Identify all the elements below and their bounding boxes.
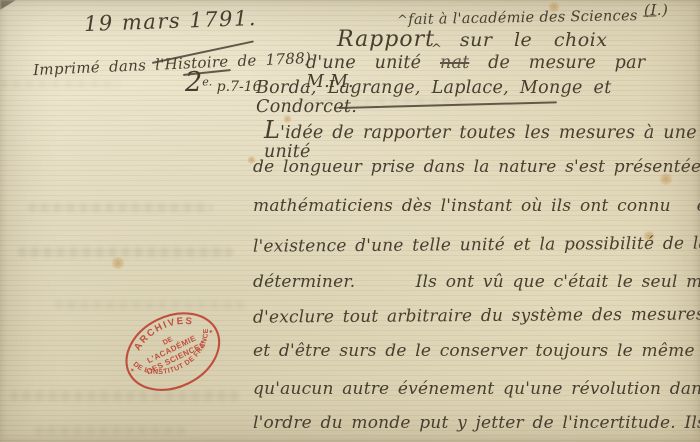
body-line: l'existence d'une telle unité et la poss… [253, 234, 700, 256]
drop-capital: L [264, 116, 280, 144]
body-line: mathématiciens dès l'instant où ils ont … [253, 197, 700, 216]
authors-line: Borda, Lagrange, Laplace, Monge et Condo… [256, 79, 700, 118]
title-line: Rapport^sur le choix [337, 28, 607, 52]
title2-pre: d'une unité [306, 53, 421, 73]
date-annotation: 19 mars 1791. [84, 7, 258, 36]
bleedthrough-mark [55, 301, 245, 309]
insertion-note: ^fait à l'académie des Sciences — [397, 9, 658, 29]
body-line: qu'aucun autre événement qu'une révoluti… [253, 380, 700, 399]
corner-shadow [0, 0, 16, 10]
margin-print-note: Imprimé dans l'Histoire de 1788) [33, 50, 312, 79]
title-rest: sur le choix [460, 29, 608, 51]
bleedthrough-mark [18, 247, 233, 257]
bleedthrough-mark [35, 426, 185, 435]
bleedthrough-mark [0, 80, 120, 88]
struck-word: nat [440, 53, 469, 73]
reference-note-sup: e. [202, 75, 212, 88]
bleedthrough-mark [10, 391, 240, 401]
insertion-caret: ^ [397, 13, 408, 28]
body-line: et d'être surs de le conserver toujours … [253, 342, 700, 361]
body-line: d'exclure tout arbitraire du système des… [253, 305, 700, 327]
foxing-stain [111, 257, 125, 269]
body-line: L'idée de rapporter toutes les mesures à… [264, 117, 700, 163]
manuscript-page: 19 mars 1791. (I.) ^fait à l'académie de… [0, 0, 700, 442]
title-word: Rapport [337, 27, 435, 52]
body-line: de longueur prise dans la nature s'est p… [253, 158, 700, 177]
reference-note-pages: p.7-16 [212, 79, 261, 95]
insertion-note-text: fait à l'académie des Sciences — [408, 8, 657, 28]
bleedthrough-mark [28, 203, 213, 212]
body-line: déterminer. Ils ont vû que c'était le se… [253, 273, 700, 292]
body-line: l'ordre du monde put y jetter de l'incer… [253, 414, 700, 433]
